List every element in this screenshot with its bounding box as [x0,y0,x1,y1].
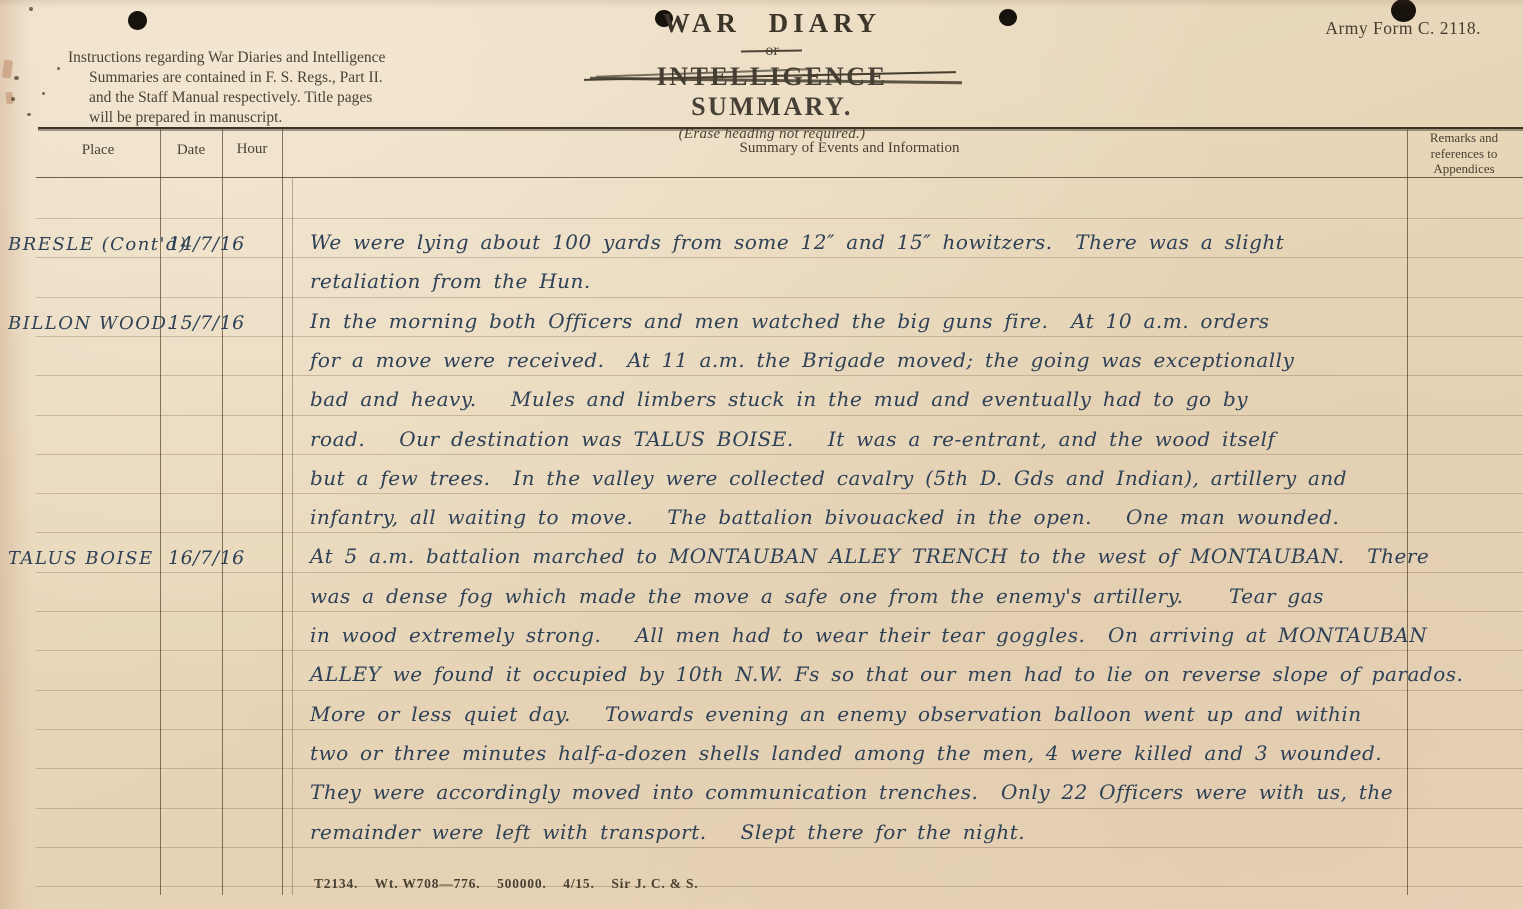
summary-line: bad and heavy. Mules and limbers stuck i… [310,387,1248,423]
summary-line: More or less quiet day. Towards evening … [310,702,1362,738]
entry-date: 14/7/16 [168,233,245,255]
paper-speck [29,7,33,11]
war-diary-scan-page: Instructions regarding War Diaries and I… [0,0,1523,909]
paper-speck [11,97,15,101]
table-top-rule [38,127,1523,129]
entry-date: 16/7/16 [168,547,245,569]
summary-line: was a dense fog which made the move a sa… [310,584,1324,620]
instruction-line: Summaries are contained in F. S. Regs., … [68,68,466,88]
summary-line: remainder were left with transport. Slep… [310,820,1025,856]
struck-title: INTELLIGENCE SUMMARY. [592,62,952,122]
summary-line: but a few trees. In the valley were coll… [310,466,1347,502]
torn-edge-mark [2,59,13,78]
hole-punch-icon [999,9,1017,26]
hole-punch-icon [128,11,147,30]
entry-place: BRESLE (Cont'd) [8,234,188,255]
summary-line: infantry, all waiting to move. The batta… [310,505,1339,541]
paper-speck [27,113,31,116]
paper-speck [14,76,19,80]
summary-line: retaliation from the Hun. [310,269,591,305]
entry-place: TALUS BOISE [8,548,154,569]
column-divider [1407,128,1408,895]
summary-line: two or three minutes half-a-dozen shells… [310,741,1382,777]
entry-date: 15/7/16 [168,312,245,334]
margin-divider [292,178,293,895]
summary-line: for a move were received. At 11 a.m. the… [310,348,1294,384]
summary-line: At 5 a.m. battalion marched to MONTAUBAN… [310,544,1429,580]
page-title: WAR DIARY [592,8,952,39]
instruction-line: will be prepared in manuscript. [68,108,466,128]
summary-line: We were lying about 100 yards from some … [310,230,1284,266]
instruction-line: and the Staff Manual respectively. Title… [68,88,466,108]
title-conjunction: or [765,42,778,60]
table-header-rule [36,177,1523,178]
column-header-remarks: Remarks and references to Appendices [1408,130,1520,177]
army-form-number: Army Form C. 2118. [1325,18,1481,39]
entry-place: BILLON WOOD. [8,313,174,334]
printer-imprint: T2134. Wt. W708—776. 500000. 4/15. Sir J… [314,876,698,892]
summary-line: They were accordingly moved into communi… [310,780,1393,816]
column-divider [282,128,283,895]
ruled-line [36,886,1523,887]
paper-speck [42,92,45,95]
paper-speck [57,67,60,70]
summary-line: ALLEY we found it occupied by 10th N.W. … [310,662,1463,698]
column-header-hour: Hour [222,141,282,158]
ruled-line [36,218,1523,219]
form-instructions: Instructions regarding War Diaries and I… [68,48,466,129]
column-header-summary: Summary of Events and Information [292,140,1407,157]
summary-line: In the morning both Officers and men wat… [310,309,1269,345]
ruled-line [36,297,1523,298]
instruction-line: Instructions regarding War Diaries and I… [68,48,466,68]
summary-line: in wood extremely strong. All men had to… [310,623,1427,659]
summary-line: road. Our destination was TALUS BOISE. I… [310,427,1275,463]
column-header-place: Place [36,142,160,159]
form-title-block: WAR DIARY or INTELLIGENCE SUMMARY. (Eras… [592,8,952,143]
column-header-date: Date [160,142,222,159]
